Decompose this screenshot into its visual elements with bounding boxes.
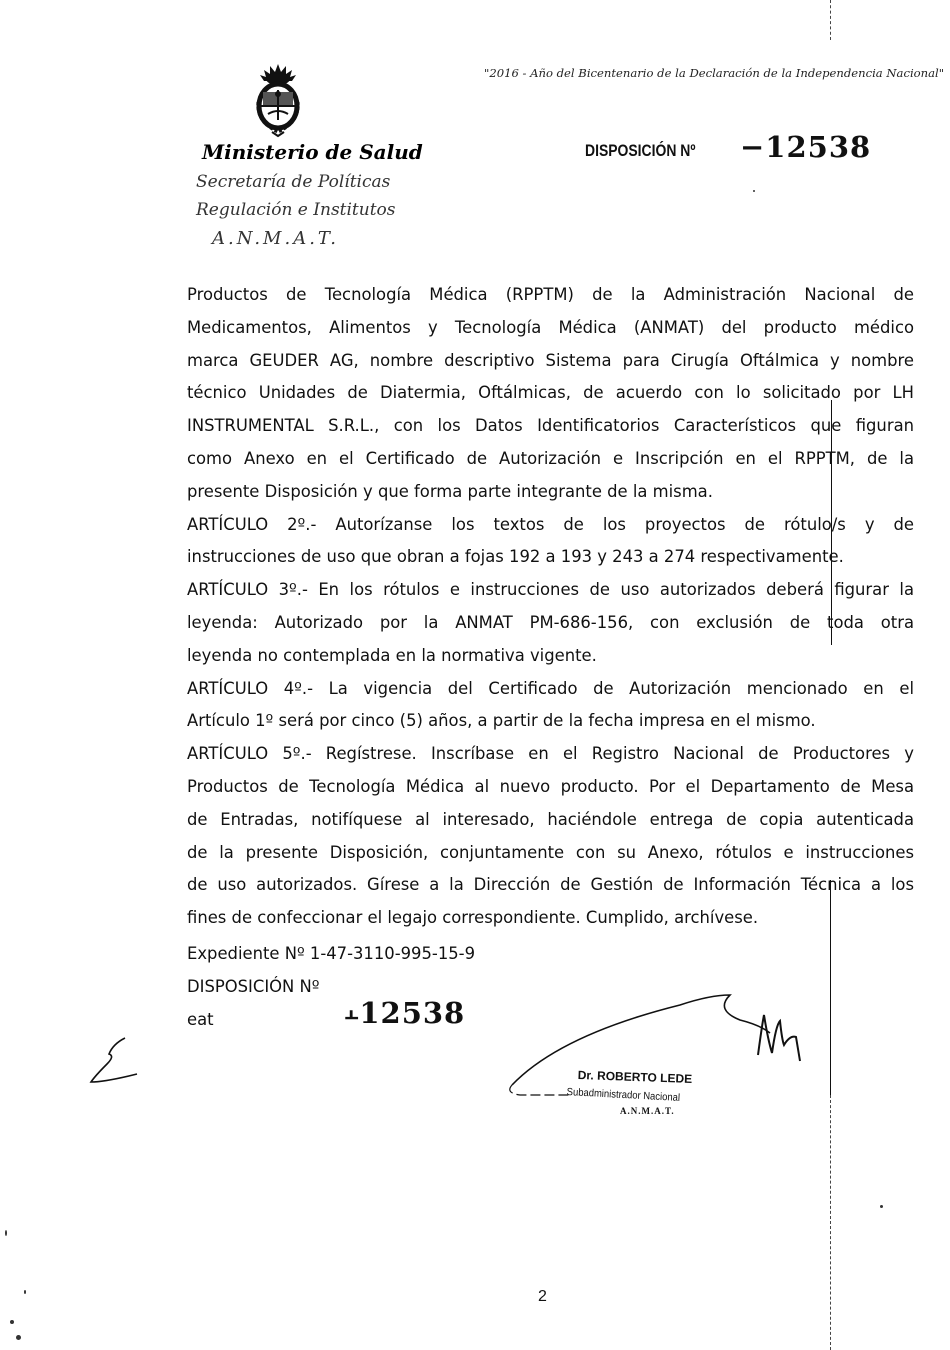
body-line: como Anexo en el Certificado de Autoriza… xyxy=(187,443,914,476)
margin-dash-line xyxy=(830,1095,831,1350)
expediente-number: Expediente Nº 1-47-3110-995-15-9 xyxy=(187,938,475,971)
ministry-agency: A.N.M.A.T. xyxy=(212,228,339,249)
body-line: INSTRUMENTAL S.R.L., con los Datos Ident… xyxy=(187,410,914,443)
speck xyxy=(24,1290,26,1294)
body-line: ARTÍCULO 2º.- Autorízanse los textos de … xyxy=(187,509,914,542)
speck xyxy=(16,1335,21,1340)
signature-icon xyxy=(500,985,820,1125)
stamp-mark-icon: ⫠ xyxy=(345,999,359,1025)
body-line: ARTÍCULO 3º.- En los rótulos e instrucci… xyxy=(187,574,914,607)
body-line: instrucciones de uso que obran a fojas 1… xyxy=(187,541,914,574)
body-line: leyenda no contemplada en la normativa v… xyxy=(187,640,914,673)
disposition-number-stamp: −12538 xyxy=(740,130,871,164)
body-line: de la presente Disposición, conjuntament… xyxy=(187,837,914,870)
body-line: marca GEUDER AG, nombre descriptivo Sist… xyxy=(187,345,914,378)
body-line: de uso autorizados. Gírese a la Direcció… xyxy=(187,869,914,902)
coat-of-arms-icon xyxy=(248,62,308,138)
document-body: Productos de Tecnología Médica (RPPTM) d… xyxy=(187,279,914,935)
body-line: Productos de Tecnología Médica al nuevo … xyxy=(187,771,914,804)
body-line: leyenda: Autorizado por la ANMAT PM-686-… xyxy=(187,607,914,640)
ministry-name: Ministerio de Salud xyxy=(202,140,423,164)
margin-dash-line xyxy=(830,0,831,40)
page-number: 2 xyxy=(538,1288,547,1306)
margin-line xyxy=(830,880,831,1095)
body-line: técnico Unidades de Diatermia, Oftálmica… xyxy=(187,377,914,410)
body-line: Productos de Tecnología Médica (RPPTM) d… xyxy=(187,279,914,312)
speck xyxy=(880,1205,883,1208)
body-line: de Entradas, notifíquese al interesado, … xyxy=(187,804,914,837)
disposition-label: DISPOSICIÓN Nº xyxy=(585,141,695,161)
body-line: Medicamentos, Alimentos y Tecnología Méd… xyxy=(187,312,914,345)
body-line: presente Disposición y que forma parte i… xyxy=(187,476,914,509)
ministry-regulation: Regulación e Institutos xyxy=(196,200,396,220)
body-line: ARTÍCULO 5º.- Regístrese. Inscríbase en … xyxy=(187,738,914,771)
body-line: Artículo 1º será por cinco (5) años, a p… xyxy=(187,705,914,738)
margin-line xyxy=(831,400,832,645)
footer-disposition-number-stamp: ⫠12538 xyxy=(345,996,465,1030)
speck xyxy=(5,1230,7,1236)
year-motto: "2016 - Año del Bicentenario de la Decla… xyxy=(484,66,944,80)
speck xyxy=(10,1320,14,1324)
body-line: ARTÍCULO 4º.- La vigencia del Certificad… xyxy=(187,673,914,706)
ministry-secretariat: Secretaría de Políticas xyxy=(196,172,390,192)
initial-mark-icon xyxy=(85,1030,145,1090)
signatory-org: A.N.M.A.T. xyxy=(620,1106,675,1116)
speck xyxy=(753,190,755,192)
body-line: fines de confeccionar el legajo correspo… xyxy=(187,902,914,935)
